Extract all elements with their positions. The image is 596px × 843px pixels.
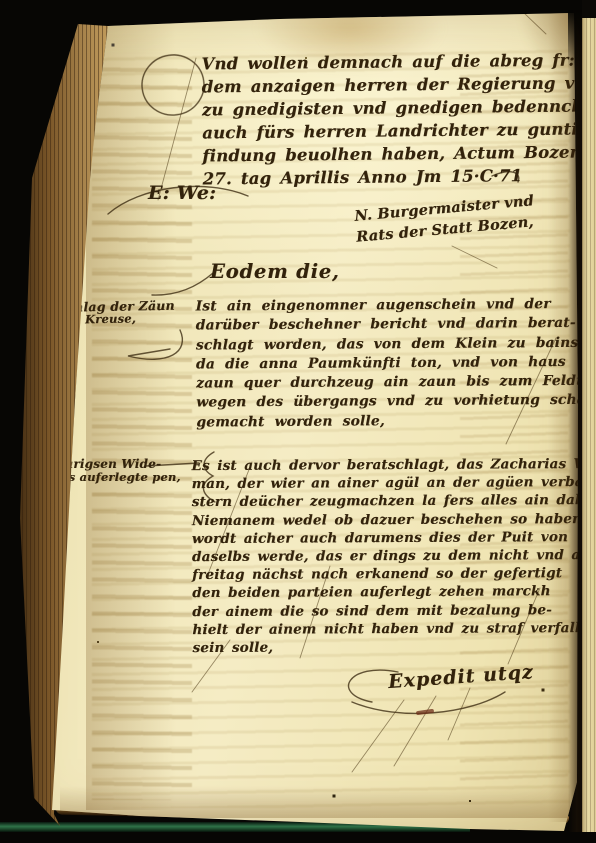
manuscript-line: daselbs werde, das er dings zu dem nicht… bbox=[192, 546, 596, 566]
manuscript-line: schlagt worden, das von dem Klein zu bai… bbox=[196, 333, 596, 355]
entry-intro-paragraph: Vnd wollen demnach auf die abreg fr: dht… bbox=[201, 48, 596, 191]
closing-signature: Expedit utqz bbox=[387, 661, 534, 693]
manuscript-line: darüber beschehner bericht vnd darin ber… bbox=[196, 314, 596, 336]
manuscript-photo: 18 Vnd wollen demnach auf die abreg fr: … bbox=[0, 0, 596, 843]
manuscript-line: freitag nächst nach erkanend so der gefe… bbox=[192, 564, 596, 584]
manuscript-line: sein solle, bbox=[192, 637, 596, 657]
facing-page-edge bbox=[582, 12, 596, 832]
record-body: Es ist auch dervor beratschlagt, das Zac… bbox=[191, 455, 596, 657]
manuscript-line: Es ist auch dervor beratschlagt, das Zac… bbox=[191, 455, 596, 475]
manuscript-line: stern deücher zeugmachzen la fers alles … bbox=[192, 491, 596, 511]
verso-bleedthrough-margin bbox=[92, 56, 192, 800]
manuscript-line: man, der wier an ainer agül an der agüen… bbox=[192, 473, 596, 493]
page-curl-shading bbox=[86, 20, 176, 810]
manuscript-line: wegen des übergangs vnd zu vorhietung sc… bbox=[196, 391, 596, 413]
gutter-top-shadow bbox=[582, 0, 596, 18]
red-ink-mark bbox=[416, 709, 434, 715]
manuscript-line: wordt aicher auch darumens dies der Puit… bbox=[192, 528, 596, 548]
manuscript-line: hielt der ainem nicht haben vnd zu straf… bbox=[192, 619, 596, 639]
page-bottom-shading bbox=[60, 786, 570, 818]
record-body: Ist ain eingenomner augenschein vnd der … bbox=[196, 294, 596, 432]
date-heading: Eodem die, bbox=[210, 260, 340, 283]
manuscript-line: 27. tag Aprillis Anno Jm 15·C·71 bbox=[202, 163, 596, 191]
scribe-paraph: E: We: bbox=[148, 182, 216, 204]
manuscript-line: Niemanem wedel ob dazuer beschehen so ha… bbox=[192, 509, 596, 529]
ink-specks bbox=[0, 0, 2, 2]
manuscript-line: der ainem die so sind dem mit bezalung b… bbox=[192, 601, 596, 621]
subscription: N. Burgermaister vnd Rats der Statt Boze… bbox=[354, 190, 537, 248]
manuscript-line: gemacht worden solle, bbox=[196, 410, 596, 432]
manuscript-line: den beiden parteien auferlegt zehen marc… bbox=[192, 582, 596, 602]
manuscript-line: findung beuolhen haben, Actum Bozen den bbox=[202, 140, 596, 168]
